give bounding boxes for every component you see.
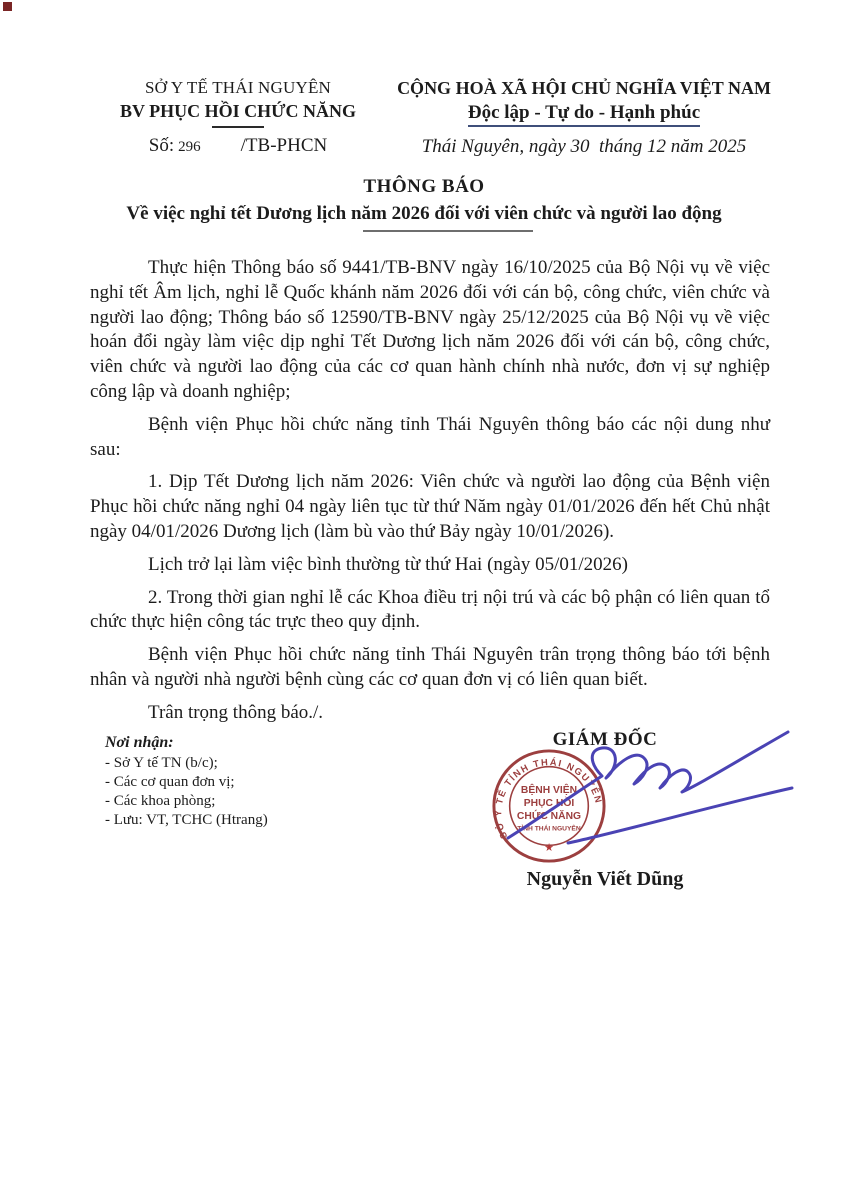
document-heading: THÔNG BÁO	[0, 176, 848, 198]
doc-number-line: Số:296/TB-PHCN	[88, 135, 388, 157]
header-national-block: CỘNG HOÀ XÃ HỘI CHỦ NGHĨA VIỆT NAM Độc l…	[385, 78, 783, 158]
header-org-block: SỞ Y TẾ THÁI NGUYÊN BV PHỤC HỒI CHỨC NĂN…	[88, 78, 388, 157]
recipient-item: - Sở Y tế TN (b/c);	[105, 754, 268, 773]
national-title: CỘNG HOÀ XÃ HỘI CHỦ NGHĨA VIỆT NAM	[385, 78, 783, 99]
scan-corner-mark	[3, 2, 12, 11]
document-page: SỞ Y TẾ THÁI NGUYÊN BV PHỤC HỒI CHỨC NĂN…	[0, 0, 848, 1200]
recipient-item: - Các cơ quan đơn vị;	[105, 773, 268, 792]
paragraph: Thực hiện Thông báo số 9441/TB-BNV ngày …	[90, 256, 770, 405]
paragraph: 2. Trong thời gian nghỉ lễ các Khoa điều…	[90, 586, 770, 636]
org-parent-name: SỞ Y TẾ THÁI NGUYÊN	[88, 78, 388, 98]
document-subject: Về việc nghỉ tết Dương lịch năm 2026 đối…	[60, 203, 788, 225]
recipient-item: - Lưu: VT, TCHC (Htrang)	[105, 811, 268, 830]
org-underline-rule	[212, 126, 264, 128]
paragraph: Lịch trở lại làm việc bình thường từ thứ…	[90, 553, 770, 578]
document-body: Thực hiện Thông báo số 9441/TB-BNV ngày …	[90, 256, 770, 734]
recipient-item: - Các khoa phòng;	[105, 792, 268, 811]
paragraph: 1. Dịp Tết Dương lịch năm 2026: Viên chứ…	[90, 470, 770, 544]
recipients-label: Nơi nhận:	[105, 734, 268, 752]
paragraph: Bệnh viện Phục hồi chức năng tỉnh Thái N…	[90, 643, 770, 693]
signature-stroke-underline	[568, 788, 792, 843]
signer-name: Nguyễn Viết Dũng	[450, 868, 760, 891]
doc-number-suffix: /TB-PHCN	[241, 135, 328, 156]
paragraph: Bệnh viện Phục hồi chức năng tỉnh Thái N…	[90, 413, 770, 463]
doc-number-value: 296	[178, 139, 201, 155]
org-name: BV PHỤC HỒI CHỨC NĂNG	[88, 101, 388, 122]
subject-underline-rule	[363, 230, 533, 232]
place-date-line: Thái Nguyên, ngày 30 tháng 12 năm 2025	[385, 136, 783, 158]
national-motto: Độc lập - Tự do - Hạnh phúc	[468, 102, 700, 127]
doc-number-label: Số:	[149, 135, 174, 156]
recipients-block: Nơi nhận: - Sở Y tế TN (b/c); - Các cơ q…	[105, 734, 268, 830]
director-signature	[428, 714, 800, 864]
